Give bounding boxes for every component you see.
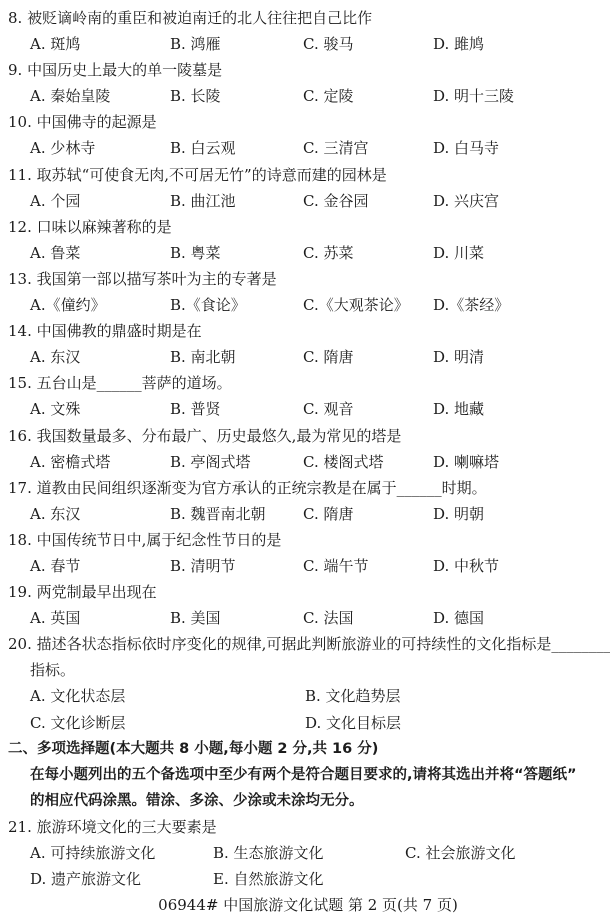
question-18-option-B: B. 清明节 — [170, 553, 236, 579]
exam-page: 8. 被贬谪岭南的重臣和被迫南迁的北人往往把自己比作A. 斑鸠B. 鸿雁C. 骏… — [0, 0, 610, 922]
single-choice-questions-list: 8. 被贬谪岭南的重臣和被迫南迁的北人往往把自己比作A. 斑鸠B. 鸿雁C. 骏… — [8, 5, 608, 736]
question-10-option-B: B. 白云观 — [170, 135, 236, 161]
question-13-option-B: B.《食论》 — [170, 292, 246, 318]
question-10-options-row-1: A. 少林寺B. 白云观C. 三清宫D. 白马寺 — [8, 135, 608, 161]
question-8-text: 8. 被贬谪岭南的重臣和被迫南迁的北人往往把自己比作 — [8, 5, 608, 31]
question-9-option-D: D. 明十三陵 — [433, 83, 514, 109]
question-21-option-B: B. 生态旅游文化 — [213, 840, 324, 866]
question-21-options-row-1: A. 可持续旅游文化B. 生态旅游文化C. 社会旅游文化 — [8, 840, 608, 866]
question-18-options-row-1: A. 春节B. 清明节C. 端午节D. 中秋节 — [8, 553, 608, 579]
question-20-options-row-2: C. 文化诊断层D. 文化目标层 — [8, 710, 608, 736]
question-15-option-B: B. 普贤 — [170, 396, 221, 422]
question-21-text: 21. 旅游环境文化的三大要素是 — [8, 814, 608, 840]
question-12-text: 12. 口味以麻辣著称的是 — [8, 214, 608, 240]
question-12-option-D: D. 川菜 — [433, 240, 484, 266]
question-11-option-B: B. 曲江池 — [170, 188, 236, 214]
section-two-instructions-line-2: 的相应代码涂黑。错涂、多涂、少涂或未涂均无分。 — [8, 788, 608, 814]
question-20-text: 20. 描述各状态指标依时序变化的规律,可据此判断旅游业的可持续性的文化指标是_… — [8, 631, 608, 657]
question-19-options-row-1: A. 英国B. 美国C. 法国D. 德国 — [8, 605, 608, 631]
exam-paper-page: { "page": { "footer": "06944# 中国旅游文化试题 第… — [0, 0, 610, 922]
question-10-option-D: D. 白马寺 — [433, 135, 499, 161]
question-17-options-row-1: A. 东汉B. 魏晋南北朝C. 隋唐D. 明朝 — [8, 501, 608, 527]
question-16-options-row-1: A. 密檐式塔B. 亭阁式塔C. 楼阁式塔D. 喇嘛塔 — [8, 449, 608, 475]
question-15-option-A: A. 文殊 — [30, 396, 80, 422]
question-21-option-C: C. 社会旅游文化 — [405, 840, 515, 866]
question-17-option-D: D. 明朝 — [433, 501, 484, 527]
question-19-option-A: A. 英国 — [30, 605, 80, 631]
section-two-heading: 二、多项选择题(本大题共 8 小题,每小题 2 分,共 16 分) — [8, 736, 608, 762]
question-16-text: 16. 我国数量最多、分布最广、历史最悠久,最为常见的塔是 — [8, 423, 608, 449]
question-8-option-B: B. 鸿雁 — [170, 31, 221, 57]
question-21-options-row-2: D. 遗产旅游文化E. 自然旅游文化 — [8, 866, 608, 892]
question-20-option-C: C. 文化诊断层 — [30, 710, 125, 736]
question-13-text: 13. 我国第一部以描写茶叶为主的专著是 — [8, 266, 608, 292]
question-15-option-D: D. 地藏 — [433, 396, 484, 422]
question-10-option-C: C. 三清宫 — [303, 135, 368, 161]
section-two-instructions-line-1: 在每小题列出的五个备选项中至少有两个是符合题目要求的,请将其选出并将“答题纸” — [8, 762, 608, 788]
question-12-option-C: C. 苏菜 — [303, 240, 353, 266]
question-14-option-A: A. 东汉 — [30, 344, 80, 370]
question-11-option-D: D. 兴庆宫 — [433, 188, 499, 214]
question-8-option-A: A. 斑鸠 — [30, 31, 80, 57]
question-19-option-C: C. 法国 — [303, 605, 353, 631]
question-21-option-E: E. 自然旅游文化 — [213, 866, 324, 892]
question-8-option-C: C. 骏马 — [303, 31, 353, 57]
page-footer: 06944# 中国旅游文化试题 第 2 页(共 7 页) — [8, 892, 608, 918]
question-10-option-A: A. 少林寺 — [30, 135, 95, 161]
question-12-option-A: A. 鲁菜 — [30, 240, 80, 266]
question-12-option-B: B. 粤菜 — [170, 240, 221, 266]
question-16-option-D: D. 喇嘛塔 — [433, 449, 499, 475]
question-11-option-C: C. 金谷园 — [303, 188, 368, 214]
question-13-option-C: C.《大观茶论》 — [303, 292, 409, 318]
question-13-options-row-1: A.《僮约》B.《食论》C.《大观茶论》D.《茶经》 — [8, 292, 608, 318]
question-11-text: 11. 取苏轼“可使食无肉,不可居无竹”的诗意而建的园林是 — [8, 162, 608, 188]
question-11-options-row-1: A. 个园B. 曲江池C. 金谷园D. 兴庆宫 — [8, 188, 608, 214]
question-19-option-B: B. 美国 — [170, 605, 221, 631]
question-20-option-D: D. 文化目标层 — [305, 710, 401, 736]
question-18-option-C: C. 端午节 — [303, 553, 368, 579]
question-14-option-C: C. 隋唐 — [303, 344, 353, 370]
question-18-option-A: A. 春节 — [30, 553, 80, 579]
question-11-option-A: A. 个园 — [30, 188, 80, 214]
question-12-options-row-1: A. 鲁菜B. 粤菜C. 苏菜D. 川菜 — [8, 240, 608, 266]
question-13-option-A: A.《僮约》 — [30, 292, 106, 318]
question-17-option-A: A. 东汉 — [30, 501, 80, 527]
question-18-option-D: D. 中秋节 — [433, 553, 499, 579]
question-21-option-D: D. 遗产旅游文化 — [30, 866, 141, 892]
question-9-option-B: B. 长陵 — [170, 83, 221, 109]
question-9-text: 9. 中国历史上最大的单一陵墓是 — [8, 57, 608, 83]
question-15-option-C: C. 观音 — [303, 396, 353, 422]
question-14-option-D: D. 明清 — [433, 344, 484, 370]
question-19-option-D: D. 德国 — [433, 605, 484, 631]
question-21-option-A: A. 可持续旅游文化 — [30, 840, 155, 866]
question-16-option-B: B. 亭阁式塔 — [170, 449, 251, 475]
question-15-options-row-1: A. 文殊B. 普贤C. 观音D. 地藏 — [8, 396, 608, 422]
question-14-options-row-1: A. 东汉B. 南北朝C. 隋唐D. 明清 — [8, 344, 608, 370]
question-8-option-D: D. 雎鸠 — [433, 31, 484, 57]
question-16-option-A: A. 密檐式塔 — [30, 449, 110, 475]
question-14-text: 14. 中国佛教的鼎盛时期是在 — [8, 318, 608, 344]
question-20-options-row-1: A. 文化状态层B. 文化趋势层 — [8, 683, 608, 709]
question-9-option-C: C. 定陵 — [303, 83, 353, 109]
question-14-option-B: B. 南北朝 — [170, 344, 236, 370]
question-10-text: 10. 中国佛寺的起源是 — [8, 109, 608, 135]
question-13-option-D: D.《茶经》 — [433, 292, 509, 318]
question-18-text: 18. 中国传统节日中,属于纪念性节日的是 — [8, 527, 608, 553]
question-20-line-2: 指标。 — [8, 657, 608, 683]
question-19-text: 19. 两党制最早出现在 — [8, 579, 608, 605]
question-15-text: 15. 五台山是______菩萨的道场。 — [8, 370, 608, 396]
question-17-text: 17. 道教由民间组织逐渐变为官方承认的正统宗教是在属于______时期。 — [8, 475, 608, 501]
question-9-options-row-1: A. 秦始皇陵B. 长陵C. 定陵D. 明十三陵 — [8, 83, 608, 109]
question-17-option-B: B. 魏晋南北朝 — [170, 501, 266, 527]
question-20-option-A: A. 文化状态层 — [30, 683, 125, 709]
question-9-option-A: A. 秦始皇陵 — [30, 83, 110, 109]
question-16-option-C: C. 楼阁式塔 — [303, 449, 383, 475]
multi-choice-questions-list: 21. 旅游环境文化的三大要素是A. 可持续旅游文化B. 生态旅游文化C. 社会… — [8, 814, 608, 892]
question-8-options-row-1: A. 斑鸠B. 鸿雁C. 骏马D. 雎鸠 — [8, 31, 608, 57]
question-17-option-C: C. 隋唐 — [303, 501, 353, 527]
question-20-option-B: B. 文化趋势层 — [305, 683, 401, 709]
